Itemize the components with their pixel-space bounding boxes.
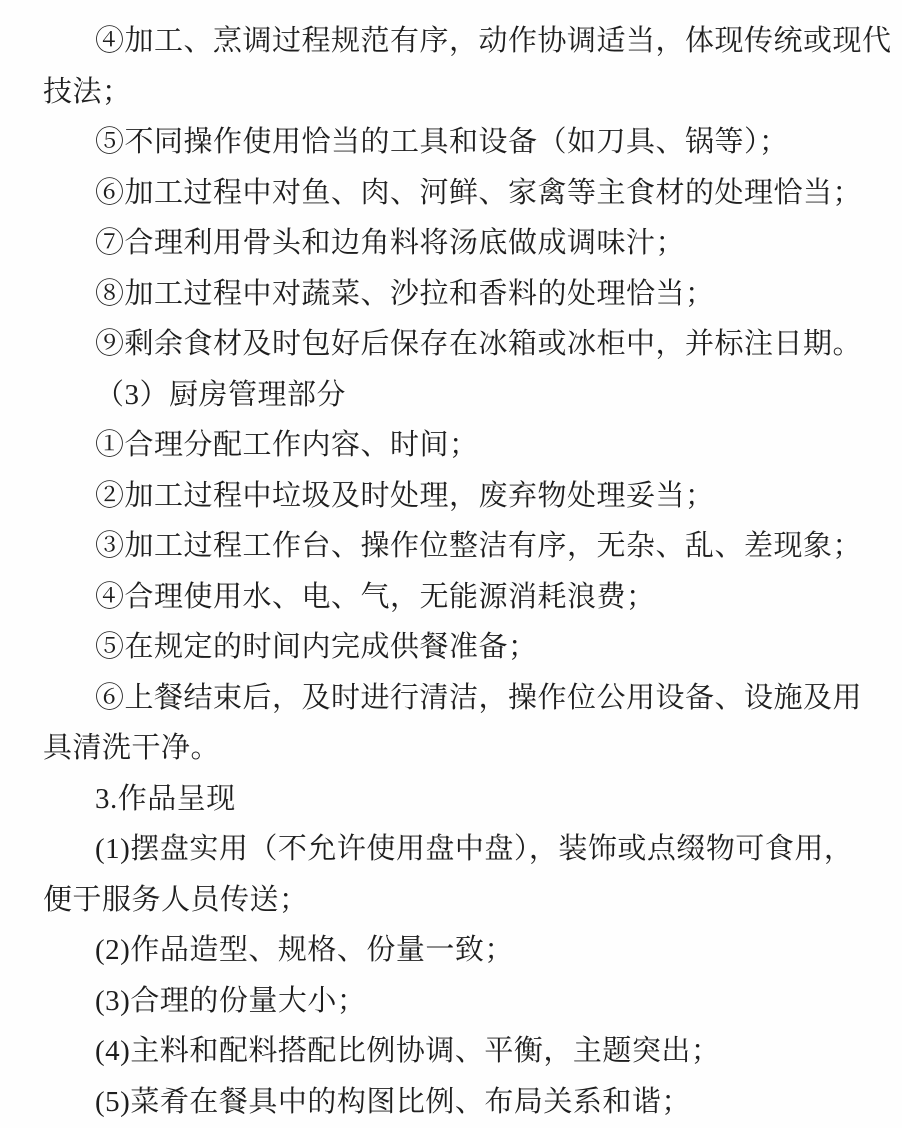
section-heading-presentation: 3.作品呈现 — [43, 774, 880, 825]
text-line: ⑨剩余食材及时包好后保存在冰箱或冰柜中，并标注日期。 — [43, 319, 880, 370]
text-line: ⑥加工过程中对鱼、肉、河鲜、家禽等主食材的处理恰当； — [43, 168, 880, 219]
text-line: ⑦合理利用骨头和边角料将汤底做成调味汁； — [43, 218, 880, 269]
text-line: ⑧加工过程中对蔬菜、沙拉和香料的处理恰当； — [43, 269, 880, 320]
text-line: ②加工过程中垃圾及时处理，废弃物处理妥当； — [43, 471, 880, 522]
section-heading-kitchen-management: （3）厨房管理部分 — [43, 370, 880, 421]
text-line: ⑤在规定的时间内完成供餐准备； — [43, 622, 880, 673]
text-line: (4)主料和配料搭配比例协调、平衡，主题突出； — [43, 1026, 880, 1077]
text-line: (3)合理的份量大小； — [43, 976, 880, 1027]
text-line: 技法； — [43, 67, 880, 118]
document-page: ④加工、烹调过程规范有序，动作协调适当，体现传统或现代 技法； ⑤不同操作使用恰… — [0, 0, 902, 1128]
text-line: ①合理分配工作内容、时间； — [43, 420, 880, 471]
text-line: ④加工、烹调过程规范有序，动作协调适当，体现传统或现代 — [43, 16, 880, 67]
text-line: 便于服务人员传送； — [43, 875, 880, 926]
text-line: ④合理使用水、电、气，无能源消耗浪费； — [43, 572, 880, 623]
text-line: (1)摆盘实用（不允许使用盘中盘），装饰或点缀物可食用， — [43, 824, 880, 875]
text-line: ⑤不同操作使用恰当的工具和设备（如刀具、锅等）； — [43, 117, 880, 168]
text-line: (5)菜肴在餐具中的构图比例、布局关系和谐； — [43, 1077, 880, 1128]
text-line: ③加工过程工作台、操作位整洁有序，无杂、乱、差现象； — [43, 521, 880, 572]
text-line: 具清洗干净。 — [43, 723, 880, 774]
text-line: ⑥上餐结束后，及时进行清洁，操作位公用设备、设施及用 — [43, 673, 880, 724]
text-line: (2)作品造型、规格、份量一致； — [43, 925, 880, 976]
